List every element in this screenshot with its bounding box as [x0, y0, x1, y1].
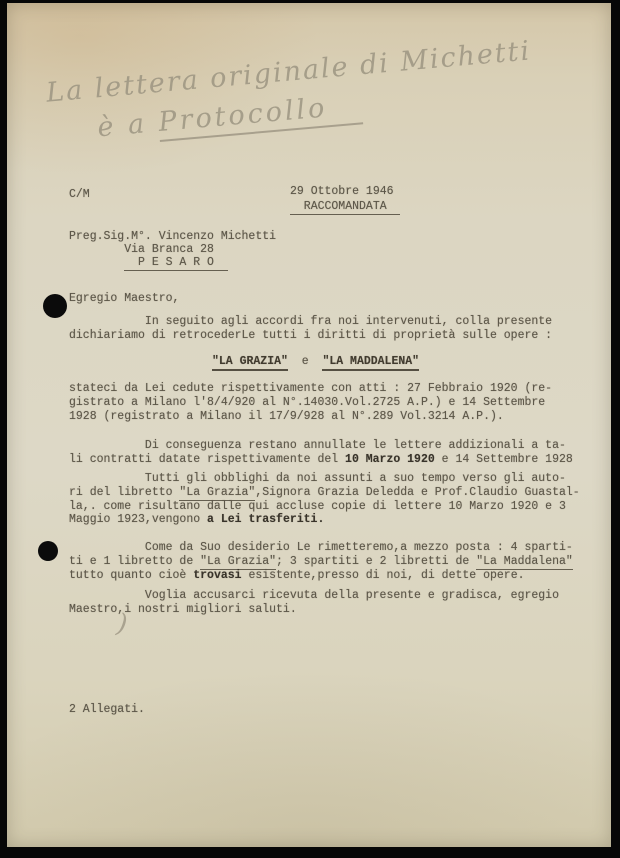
typed-line: Preg.Sig.M°. Vincenzo Michetti [69, 230, 276, 243]
handwritten-annotation: La lettera originale di Michetti è a Pro… [45, 32, 569, 147]
typed-line: Voglia accusarci ricevuta della presente… [69, 589, 559, 603]
typed-line: Di conseguenza restano annullate le lett… [69, 439, 573, 453]
typed-line: Maggio 1923,vengono a Lei trasferiti. [69, 513, 580, 527]
typed-line: la,. come risultano dalle qui accluse co… [69, 500, 580, 514]
punch-hole-top [43, 294, 67, 318]
recipient-address: Preg.Sig.M°. Vincenzo Michetti Via Branc… [69, 230, 276, 269]
typed-line: Come da Suo desiderio Le rimetteremo,a m… [69, 541, 573, 555]
typed-line: li contratti datate rispettivamente del … [69, 453, 573, 467]
paragraph-annulment: Di conseguenza restano annullate le lett… [69, 439, 573, 467]
typed-line: Via Branca 28 [69, 243, 276, 256]
typed-line: 29 Ottobre 1946 [290, 184, 400, 199]
attachments-note: 2 Allegati. [69, 703, 145, 717]
date-and-registered-mail: 29 Ottobre 1946 RACCOMANDATA [290, 184, 400, 214]
typed-line: stateci da Lei cedute rispettivamente co… [69, 382, 552, 396]
scanned-letter-page: La lettera originale di Michetti è a Pro… [0, 0, 620, 858]
typed-line: "LA GRAZIA" e "LA MADDALENA" [212, 355, 419, 369]
paragraph-closing: Voglia accusarci ricevuta della presente… [69, 589, 559, 617]
typed-line: dichiariamo di retrocederLe tutti i diri… [69, 329, 552, 343]
typed-line: In seguito agli accordi fra noi interven… [69, 315, 552, 329]
paper-sheet: La lettera originale di Michetti è a Pro… [7, 3, 611, 847]
typed-line: ri del libretto "La Grazia",Signora Graz… [69, 486, 580, 500]
paragraph-contracts: stateci da Lei cedute rispettivamente co… [69, 382, 552, 423]
salutation: Egregio Maestro, [69, 292, 179, 306]
typed-line: Maestro,i nostri migliori saluti. [69, 603, 559, 617]
reference-code: C/M [69, 188, 90, 202]
annotation-line-2-word: Protocollo [157, 89, 363, 142]
typed-line: ti e 1 libretto de "La Grazia"; 3 sparti… [69, 555, 573, 569]
paragraph-intro: In seguito agli accordi fra noi interven… [69, 315, 552, 343]
typed-line: Tutti gli obblighi da noi assunti a suo … [69, 472, 580, 486]
paragraph-obligations: Tutti gli obblighi da noi assunti a suo … [69, 472, 580, 527]
annotation-line-2-prefix: è a [96, 107, 160, 143]
typed-line: 1928 (registrato a Milano il 17/9/928 al… [69, 410, 552, 424]
paragraph-shipment: Come da Suo desiderio Le rimetteremo,a m… [69, 541, 573, 582]
works-title-heading: "LA GRAZIA" e "LA MADDALENA" [212, 355, 419, 369]
typed-line: RACCOMANDATA [290, 199, 400, 214]
typed-line: P E S A R O [69, 256, 276, 269]
typed-line: tutto quanto cioè trovasi esistente,pres… [69, 569, 573, 583]
typed-line: gistrato a Milano l'8/4/920 al N°.14030.… [69, 396, 552, 410]
punch-hole-bottom [38, 541, 58, 561]
